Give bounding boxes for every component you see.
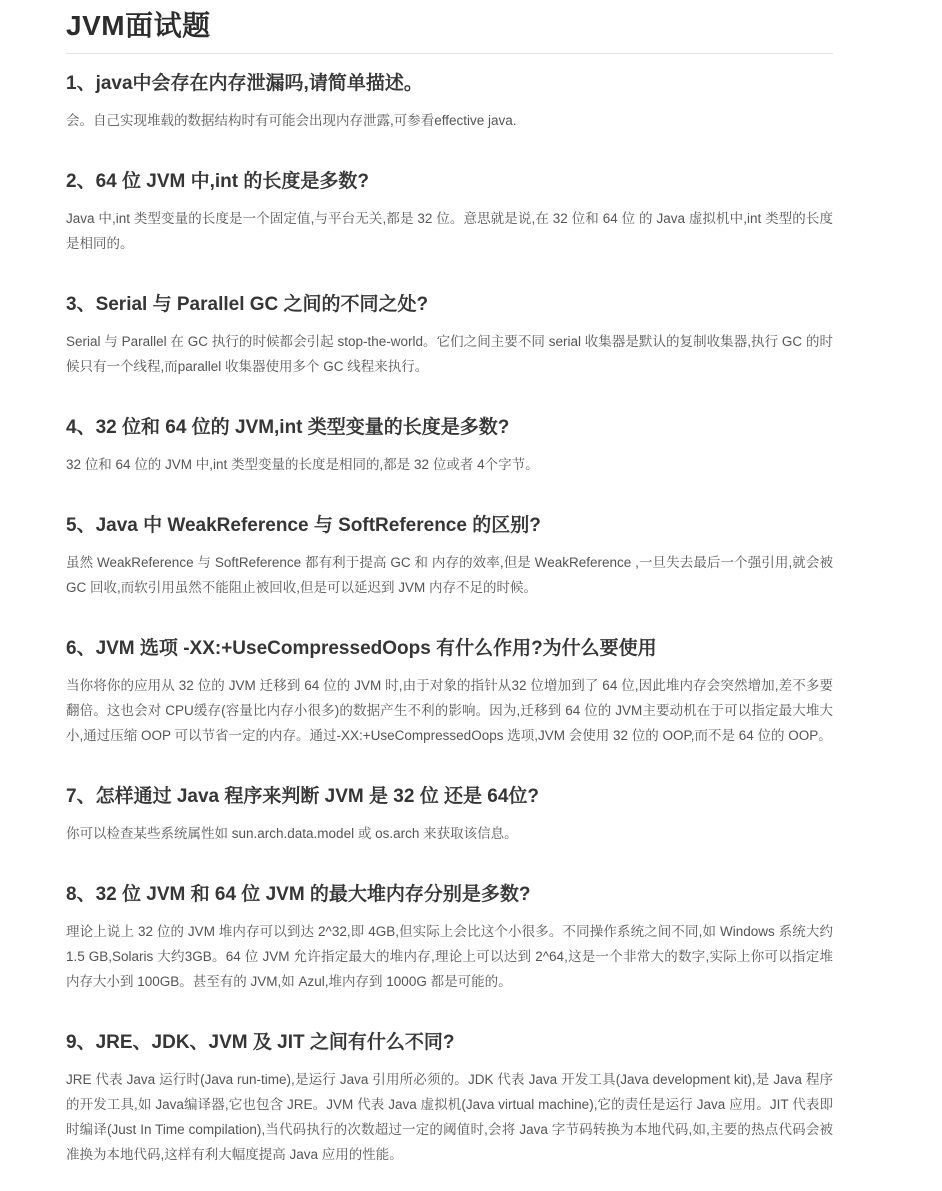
question-heading: 1、java中会存在内存泄漏吗,请简单描述。: [66, 71, 833, 96]
qa-section-9: 9、JRE、JDK、JVM 及 JIT 之间有什么不同? JRE 代表 Java…: [66, 1030, 833, 1167]
answer-paragraph: 会。自己实现堆载的数据结构时有可能会出现内存泄露,可参看effective ja…: [66, 108, 833, 133]
question-heading: 6、JVM 选项 -XX:+UseCompressedOops 有什么作用?为什…: [66, 636, 833, 661]
page-title: JVM面试题: [66, 8, 833, 44]
answer-paragraph: 当你将你的应用从 32 位的 JVM 迁移到 64 位的 JVM 时,由于对象的…: [66, 673, 833, 748]
answer-paragraph: Serial 与 Parallel 在 GC 执行的时候都会引起 stop-th…: [66, 329, 833, 379]
question-heading: 5、Java 中 WeakReference 与 SoftReference 的…: [66, 513, 833, 538]
answer-paragraph: 理论上说上 32 位的 JVM 堆内存可以到达 2^32,即 4GB,但实际上会…: [66, 919, 833, 994]
qa-section-1: 1、java中会存在内存泄漏吗,请简单描述。 会。自己实现堆载的数据结构时有可能…: [66, 71, 833, 133]
answer-paragraph: 你可以检查某些系统属性如 sun.arch.data.model 或 os.ar…: [66, 821, 833, 846]
qa-section-4: 4、32 位和 64 位的 JVM,int 类型变量的长度是多数? 32 位和 …: [66, 415, 833, 477]
answer-paragraph: 虽然 WeakReference 与 SoftReference 都有利于提高 …: [66, 550, 833, 600]
question-heading: 4、32 位和 64 位的 JVM,int 类型变量的长度是多数?: [66, 415, 833, 440]
answer-paragraph: Java 中,int 类型变量的长度是一个固定值,与平台无关,都是 32 位。意…: [66, 206, 833, 256]
document-page: JVM面试题 1、java中会存在内存泄漏吗,请简单描述。 会。自己实现堆载的数…: [0, 0, 942, 1191]
question-heading: 2、64 位 JVM 中,int 的长度是多数?: [66, 169, 833, 194]
answer-paragraph: 32 位和 64 位的 JVM 中,int 类型变量的长度是相同的,都是 32 …: [66, 452, 833, 477]
question-heading: 9、JRE、JDK、JVM 及 JIT 之间有什么不同?: [66, 1030, 833, 1055]
qa-section-5: 5、Java 中 WeakReference 与 SoftReference 的…: [66, 513, 833, 600]
qa-section-3: 3、Serial 与 Parallel GC 之间的不同之处? Serial 与…: [66, 292, 833, 379]
question-heading: 3、Serial 与 Parallel GC 之间的不同之处?: [66, 292, 833, 317]
qa-section-2: 2、64 位 JVM 中,int 的长度是多数? Java 中,int 类型变量…: [66, 169, 833, 256]
qa-section-7: 7、怎样通过 Java 程序来判断 JVM 是 32 位 还是 64位? 你可以…: [66, 784, 833, 846]
qa-section-8: 8、32 位 JVM 和 64 位 JVM 的最大堆内存分别是多数? 理论上说上…: [66, 882, 833, 994]
question-heading: 7、怎样通过 Java 程序来判断 JVM 是 32 位 还是 64位?: [66, 784, 833, 809]
qa-section-6: 6、JVM 选项 -XX:+UseCompressedOops 有什么作用?为什…: [66, 636, 833, 748]
title-divider: [66, 53, 833, 54]
question-heading: 8、32 位 JVM 和 64 位 JVM 的最大堆内存分别是多数?: [66, 882, 833, 907]
answer-paragraph: JRE 代表 Java 运行时(Java run-time),是运行 Java …: [66, 1067, 833, 1167]
